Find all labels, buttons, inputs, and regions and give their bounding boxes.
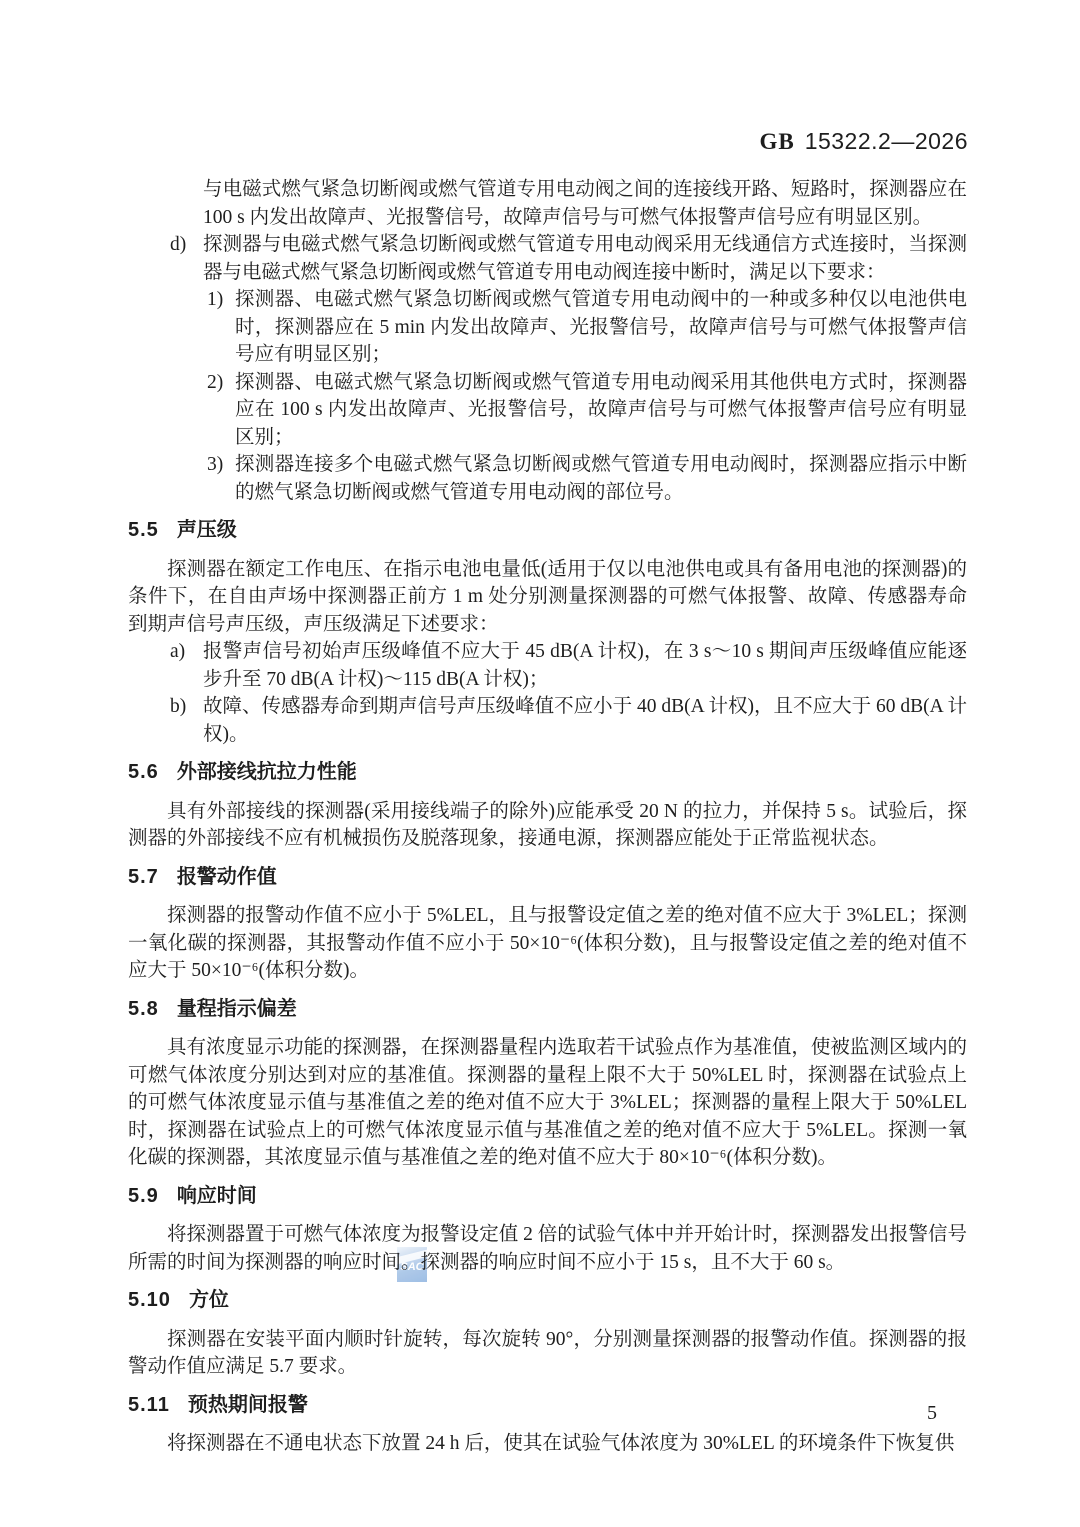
list-item-d-text: 探测器与电磁式燃气紧急切断阀或燃气管道专用电动阀采用无线通信方式连接时，当探测器… — [203, 234, 967, 283]
list-subitem-2-text: 探测器、电磁式燃气紧急切断阀或燃气管道专用电动阀采用其他供电方式时，探测器应在 … — [235, 372, 967, 448]
section-heading-5-8: 5.8量程指示偏差 — [128, 996, 967, 1024]
section-number: 5.6 — [128, 761, 159, 783]
document-body: 与电磁式燃气紧急切断阀或燃气管道专用电动阀之间的连接线开路、短路时，探测器应在 … — [128, 176, 967, 1458]
section-number: 5.10 — [128, 1289, 171, 1311]
list-item-b: b) 故障、传感器寿命到期声信号声压级峰值不应小于 40 dB(A 计权)，且不… — [128, 693, 967, 748]
page-number: 5 — [927, 1402, 937, 1425]
section-number: 5.5 — [128, 519, 159, 541]
list-subitem-1: 1) 探测器、电磁式燃气紧急切断阀或燃气管道专用电动阀中的一种或多种仅以电池供电… — [128, 286, 967, 369]
section-heading-5-10: 5.10方位 — [128, 1287, 967, 1315]
list-subitem-2-marker: 2) — [207, 369, 223, 397]
list-item-d-marker: d) — [170, 231, 186, 259]
list-subitem-3-marker: 3) — [207, 451, 223, 479]
section-number: 5.11 — [128, 1394, 170, 1416]
section-5-7-paragraph: 探测器的报警动作值不应小于 5%LEL，且与报警设定值之差的绝对值不应大于 3%… — [128, 902, 967, 985]
section-5-5-paragraph: 探测器在额定工作电压、在指示电池电量低(适用于仅以电池供电或具有备用电池的探测器… — [128, 556, 967, 639]
section-heading-5-7: 5.7报警动作值 — [128, 864, 967, 892]
section-heading-5-11: 5.11预热期间报警 — [128, 1392, 967, 1420]
section-5-9-paragraph: 将探测器置于可燃气体浓度为报警设定值 2 倍的试验气体中并开始计时，探测器发出报… — [128, 1221, 967, 1276]
section-5-10-paragraph: 探测器在安装平面内顺时针旋转，每次旋转 90°，分别测量探测器的报警动作值。探测… — [128, 1326, 967, 1381]
section-title: 量程指示偏差 — [177, 998, 297, 1020]
list-item-a: a) 报警声信号初始声压级峰值不应大于 45 dB(A 计权)，在 3 s～10… — [128, 638, 967, 693]
list-subitem-3: 3) 探测器连接多个电磁式燃气紧急切断阀或燃气管道专用电动阀时，探测器应指示中断… — [128, 451, 967, 506]
standard-header: GB15322.2—2026 — [759, 128, 968, 155]
continuation-paragraph: 与电磁式燃气紧急切断阀或燃气管道专用电动阀之间的连接线开路、短路时，探测器应在 … — [128, 176, 967, 231]
section-number: 5.8 — [128, 998, 159, 1020]
section-heading-5-6: 5.6外部接线抗拉力性能 — [128, 759, 967, 787]
list-subitem-2: 2) 探测器、电磁式燃气紧急切断阀或燃气管道专用电动阀采用其他供电方式时，探测器… — [128, 369, 967, 452]
section-title: 外部接线抗拉力性能 — [177, 761, 357, 783]
section-title: 方位 — [189, 1289, 229, 1311]
standard-number-label: 15322.2—2026 — [805, 128, 968, 154]
section-title: 预热期间报警 — [188, 1394, 308, 1416]
section-title: 响应时间 — [177, 1185, 257, 1207]
list-item-b-marker: b) — [170, 693, 186, 721]
list-subitem-1-text: 探测器、电磁式燃气紧急切断阀或燃气管道专用电动阀中的一种或多种仅以电池供电时，探… — [235, 289, 967, 365]
list-subitem-1-marker: 1) — [207, 286, 223, 314]
section-title: 报警动作值 — [177, 866, 277, 888]
section-number: 5.9 — [128, 1185, 159, 1207]
list-subitem-3-text: 探测器连接多个电磁式燃气紧急切断阀或燃气管道专用电动阀时，探测器应指示中断的燃气… — [235, 454, 967, 503]
section-5-11-paragraph: 将探测器在不通电状态下放置 24 h 后，使其在试验气体浓度为 30%LEL 的… — [128, 1430, 967, 1458]
section-number: 5.7 — [128, 866, 159, 888]
list-item-b-text: 故障、传感器寿命到期声信号声压级峰值不应小于 40 dB(A 计权)，且不应大于… — [203, 696, 967, 745]
section-heading-5-5: 5.5声压级 — [128, 517, 967, 545]
standard-code-label: GB — [759, 129, 794, 154]
section-title: 声压级 — [177, 519, 237, 541]
section-heading-5-9: 5.9响应时间 — [128, 1183, 967, 1211]
section-5-8-paragraph: 具有浓度显示功能的探测器，在探测器量程内选取若干试验点作为基准值，使被监测区域内… — [128, 1034, 967, 1172]
list-item-d: d) 探测器与电磁式燃气紧急切断阀或燃气管道专用电动阀采用无线通信方式连接时，当… — [128, 231, 967, 286]
section-5-6-paragraph: 具有外部接线的探测器(采用接线端子的除外)应能承受 20 N 的拉力，并保持 5… — [128, 798, 967, 853]
list-item-a-text: 报警声信号初始声压级峰值不应大于 45 dB(A 计权)，在 3 s～10 s … — [203, 641, 967, 690]
list-item-a-marker: a) — [170, 638, 185, 666]
